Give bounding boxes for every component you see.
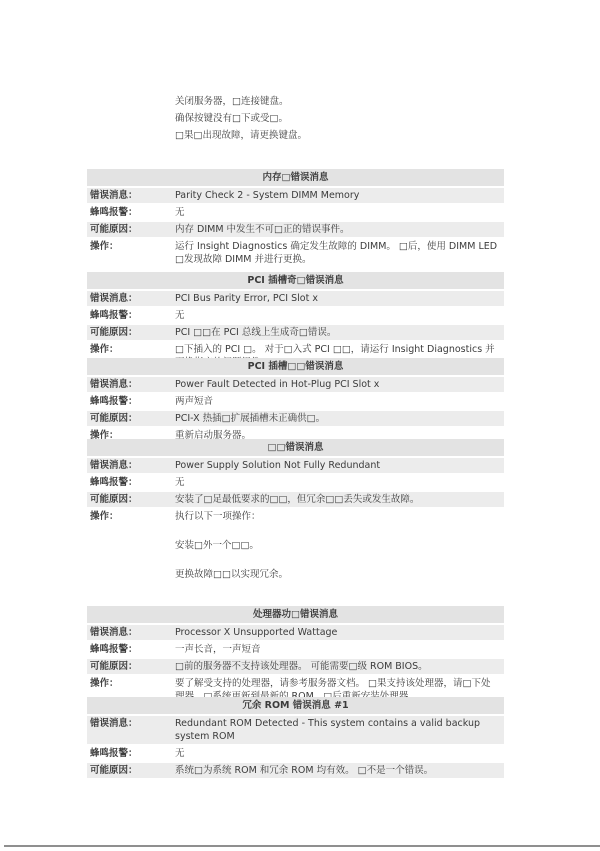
intro-line: □果□出现故障，请更换键盘。: [175, 127, 307, 144]
table-row: 错误消息： Power Fault Detected in Hot-Plug P…: [87, 377, 504, 392]
row-label: 错误消息：: [87, 625, 175, 640]
table-row: 错误消息： Parity Check 2 - System DIMM Memor…: [87, 188, 504, 203]
section-title: 处理器功□错误消息: [87, 606, 504, 623]
cause-value: 安装了□足最低要求的□□，但冗余□□丢失或发生故障。: [175, 492, 504, 507]
intro-line: 确保按键没有□下或受□。: [175, 110, 307, 127]
row-label: 操作：: [87, 239, 175, 267]
row-label: 蜂鸣报警：: [87, 746, 175, 761]
error-table-power-supply: □□错误消息 错误消息： Power Supply Solution Not F…: [87, 439, 504, 584]
error-table-pci-power: PCI 插槽□□错误消息 错误消息： Power Fault Detected …: [87, 358, 504, 445]
table-row: 错误消息： Redundant ROM Detected - This syst…: [87, 716, 504, 744]
table-row: 蜂鸣报警： 无: [87, 205, 504, 220]
error-table-processor-wattage: 处理器功□错误消息 错误消息： Processor X Unsupported …: [87, 606, 504, 706]
section-title: 内存□错误消息: [87, 169, 504, 186]
beep-value: 无: [175, 308, 504, 323]
section-title: PCI 插槽奇□错误消息: [87, 272, 504, 289]
error-table-memory: 内存□错误消息 错误消息： Parity Check 2 - System DI…: [87, 169, 504, 269]
table-row: 蜂鸣报警： 一声长音，一声短音: [87, 642, 504, 657]
intro-paragraphs: 关闭服务器，□连接键盘。 确保按键没有□下或受□。 □果□出现故障，请更换键盘。: [175, 93, 307, 144]
row-label: 可能原因：: [87, 222, 175, 237]
row-label: 错误消息：: [87, 458, 175, 473]
action-paragraph: 执行以下一项操作：: [175, 510, 498, 523]
table-row: 错误消息： Power Supply Solution Not Fully Re…: [87, 458, 504, 473]
table-row: 操作： 运行 Insight Diagnostics 确定发生故障的 DIMM。…: [87, 239, 504, 267]
row-label: 错误消息：: [87, 377, 175, 392]
error-message-value: Power Supply Solution Not Fully Redundan…: [175, 458, 504, 473]
table-row: 可能原因： □前的服务器不支持该处理器。 可能需要□级 ROM BIOS。: [87, 659, 504, 674]
row-label: 错误消息：: [87, 716, 175, 744]
error-message-value: Processor X Unsupported Wattage: [175, 625, 504, 640]
table-row: 可能原因： 内存 DIMM 中发生不可□正的错误事件。: [87, 222, 504, 237]
row-label: 可能原因：: [87, 492, 175, 507]
row-label: 操作：: [87, 509, 175, 582]
row-label: 错误消息：: [87, 188, 175, 203]
error-message-value: Parity Check 2 - System DIMM Memory: [175, 188, 504, 203]
table-row: 可能原因： 系统□为系统 ROM 和冗余 ROM 均有效。 □不是一个错误。: [87, 763, 504, 778]
cause-value: PCI □□在 PCI 总线上生成奇□错误。: [175, 325, 504, 340]
beep-value: 两声短音: [175, 394, 504, 409]
beep-value: 无: [175, 746, 504, 761]
table-row: 错误消息： PCI Bus Parity Error, PCI Slot x: [87, 291, 504, 306]
row-label: 可能原因：: [87, 325, 175, 340]
row-label: 蜂鸣报警：: [87, 394, 175, 409]
intro-line: 关闭服务器，□连接键盘。: [175, 93, 307, 110]
error-message-value: Power Fault Detected in Hot-Plug PCI Slo…: [175, 377, 504, 392]
row-label: 蜂鸣报警：: [87, 642, 175, 657]
action-paragraph: 安装□外一个□□。: [175, 539, 498, 552]
section-title: □□错误消息: [87, 439, 504, 456]
action-value: 执行以下一项操作： 安装□外一个□□。 更换故障□□以实现冗余。: [175, 509, 504, 582]
cause-value: 内存 DIMM 中发生不可□正的错误事件。: [175, 222, 504, 237]
row-label: 蜂鸣报警：: [87, 205, 175, 220]
error-table-pci-parity: PCI 插槽奇□错误消息 错误消息： PCI Bus Parity Error,…: [87, 272, 504, 372]
table-row: 可能原因： 安装了□足最低要求的□□，但冗余□□丢失或发生故障。: [87, 492, 504, 507]
beep-value: 一声长音，一声短音: [175, 642, 504, 657]
row-label: 错误消息：: [87, 291, 175, 306]
row-label: 蜂鸣报警：: [87, 475, 175, 490]
page-bottom-divider: [4, 845, 600, 847]
beep-value: 无: [175, 475, 504, 490]
table-row: 错误消息： Processor X Unsupported Wattage: [87, 625, 504, 640]
table-row: 蜂鸣报警： 无: [87, 308, 504, 323]
cause-value: PCI-X 热插□扩展插槽未正确供□。: [175, 411, 504, 426]
table-row: 可能原因： PCI-X 热插□扩展插槽未正确供□。: [87, 411, 504, 426]
action-value: 运行 Insight Diagnostics 确定发生故障的 DIMM。 □后，…: [175, 239, 504, 267]
document-page: 关闭服务器，□连接键盘。 确保按键没有□下或受□。 □果□出现故障，请更换键盘。…: [0, 0, 600, 851]
section-title: 冗余 ROM 错误消息 #1: [87, 697, 504, 714]
row-label: 可能原因：: [87, 411, 175, 426]
table-row: 操作： 执行以下一项操作： 安装□外一个□□。 更换故障□□以实现冗余。: [87, 509, 504, 582]
row-label: 蜂鸣报警：: [87, 308, 175, 323]
section-title: PCI 插槽□□错误消息: [87, 358, 504, 375]
action-paragraph: 更换故障□□以实现冗余。: [175, 568, 498, 581]
table-row: 蜂鸣报警： 两声短音: [87, 394, 504, 409]
cause-value: 系统□为系统 ROM 和冗余 ROM 均有效。 □不是一个错误。: [175, 763, 504, 778]
error-message-value: Redundant ROM Detected - This system con…: [175, 716, 504, 744]
error-message-value: PCI Bus Parity Error, PCI Slot x: [175, 291, 504, 306]
row-label: 可能原因：: [87, 763, 175, 778]
table-row: 蜂鸣报警： 无: [87, 475, 504, 490]
error-table-redundant-rom: 冗余 ROM 错误消息 #1 错误消息： Redundant ROM Detec…: [87, 697, 504, 780]
cause-value: □前的服务器不支持该处理器。 可能需要□级 ROM BIOS。: [175, 659, 504, 674]
table-row: 可能原因： PCI □□在 PCI 总线上生成奇□错误。: [87, 325, 504, 340]
action-paragraph: 运行 Insight Diagnostics 确定发生故障的 DIMM。 □后，…: [175, 240, 498, 266]
table-row: 蜂鸣报警： 无: [87, 746, 504, 761]
beep-value: 无: [175, 205, 504, 220]
row-label: 可能原因：: [87, 659, 175, 674]
